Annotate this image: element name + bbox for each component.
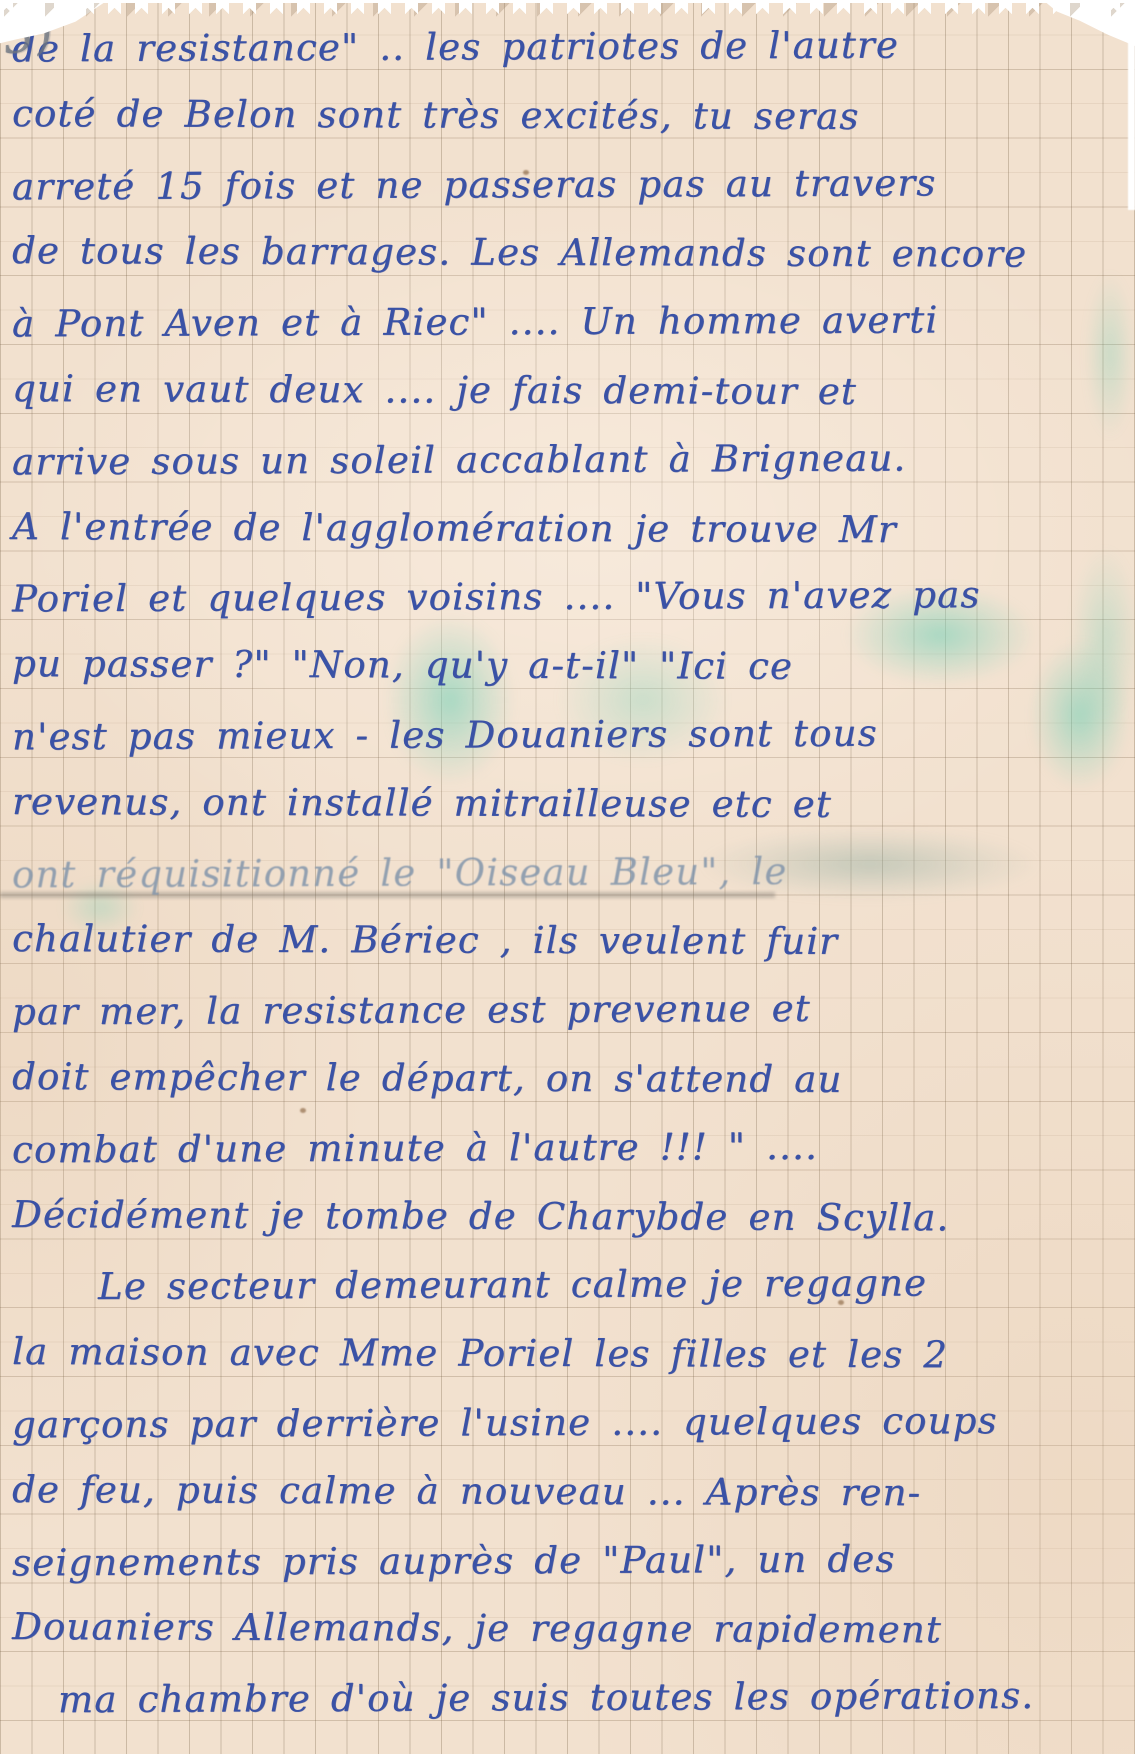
handwritten-line: garçons par derrière l'usine .... quelqu… [0,1385,1135,1459]
handwritten-line: pu passer ?" "Non, qu'y a-t-il" "Ici ce [0,629,1135,702]
handwritten-line: seignements pris auprès de "Paul", un de… [0,1523,1135,1597]
handwritten-line: arrive sous un soleil accablant à Brigne… [0,422,1135,496]
handwritten-line: arreté 15 fois et ne passeras pas au tra… [0,147,1135,221]
handwritten-line-faded: ont réquisitionné le "Oiseau Bleu", le [0,835,1135,909]
handwritten-line: Poriel et quelques voisins .... "Vous n'… [0,560,1135,634]
handwritten-line: revenus, ont installé mitrailleuse etc e… [0,767,1135,840]
handwritten-line: Décidément je tombe de Charybde en Scyll… [0,1180,1135,1253]
handwritten-line: A l'entrée de l'agglomération je trouve … [0,492,1135,565]
handwritten-line: n'est pas mieux - les Douaniers sont tou… [0,697,1135,771]
handwritten-line: doit empêcher le départ, on s'attend au [0,1042,1135,1115]
handwritten-line: la maison avec Mme Poriel les filles et … [0,1317,1135,1390]
letter-body: de la resistance" .. les patriotes de l'… [0,12,1135,1732]
handwritten-line: de feu, puis calme à nouveau ... Après r… [0,1455,1135,1528]
handwritten-line: combat d'une minute à l'autre !!! " .... [0,1110,1135,1184]
handwritten-line: ma chambre d'où je suis toutes les opéra… [0,1661,1135,1735]
handwritten-line: à Pont Aven et à Riec" .... Un homme ave… [0,285,1135,359]
handwritten-line: de tous les barrages. Les Allemands sont… [0,216,1135,289]
handwritten-line: coté de Belon sont très excités, tu sera… [0,79,1135,152]
page-edge-right [1128,0,1135,210]
handwritten-line: Douaniers Allemands, je regagne rapideme… [0,1592,1135,1665]
handwritten-line: chalutier de M. Bériec , ils veulent fui… [0,904,1135,977]
manuscript-page: de la resistance" .. les patriotes de l'… [0,0,1135,1754]
handwritten-line: qui en vaut deux .... je fais demi-tour … [0,354,1135,427]
handwritten-line: Le secteur demeurant calme je regagne [0,1248,1135,1322]
handwritten-line: par mer, la resistance est prevenue et [0,973,1135,1047]
torn-edge [0,0,1135,26]
